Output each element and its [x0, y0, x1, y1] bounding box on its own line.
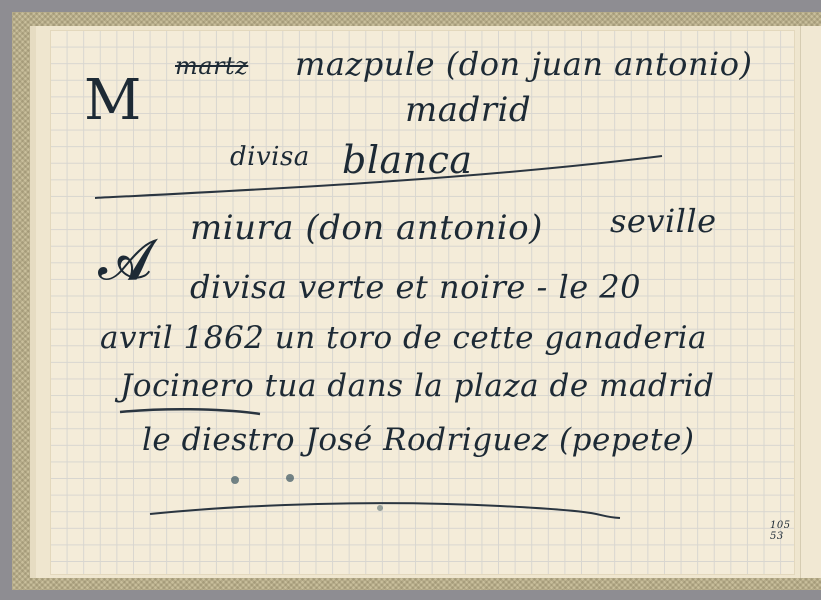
grid-paper-page: M martz mazpule (don juan antonio) madri…	[50, 30, 795, 575]
pen-strokes	[50, 30, 795, 575]
facing-page-edge	[800, 26, 821, 578]
